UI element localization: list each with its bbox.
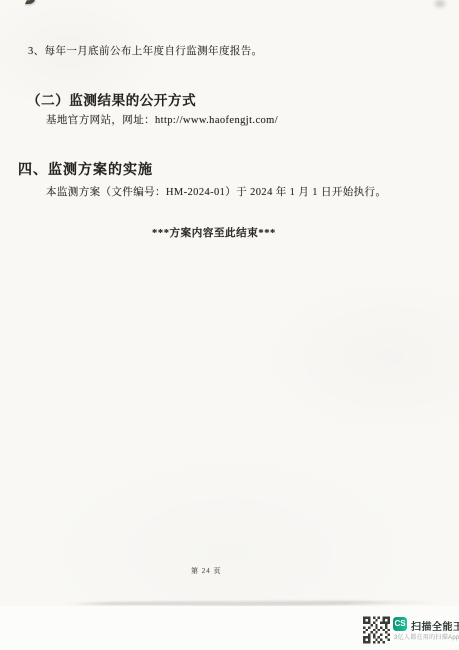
- list-item-3: 3、每年一月底前公布上年度自行监测年度报告。: [28, 43, 263, 58]
- section-2-heading: （二）监测结果的公开方式: [27, 89, 196, 109]
- scanned-page: 3、每年一月底前公布上年度自行监测年度报告。 （二）监测结果的公开方式 基地官方…: [0, 0, 459, 650]
- camscanner-watermark: CS 扫描全能王 3亿人都在用的扫描App: [363, 616, 457, 646]
- scan-artifact-top-left: [25, 0, 35, 4]
- camscanner-app-name: 扫描全能王: [411, 618, 459, 633]
- section-4-heading: 四、监测方案的实施: [18, 159, 153, 179]
- scan-artifact-top-right: [435, 0, 445, 7]
- camscanner-logo-icon: CS: [393, 617, 407, 631]
- qr-code-icon: [363, 616, 390, 644]
- camscanner-tagline: 3亿人都在用的扫描App: [394, 632, 459, 641]
- section-2-body: 基地官方网站，网址：http://www.haofengjt.com/: [46, 112, 278, 127]
- section-4-body: 本监测方案（文件编号：HM-2024-01）于 2024 年 1 月 1 日开始…: [46, 184, 386, 199]
- page-number-footer: 第 24 页: [191, 566, 222, 576]
- end-of-plan-marker: ***方案内容至此结束***: [152, 225, 276, 240]
